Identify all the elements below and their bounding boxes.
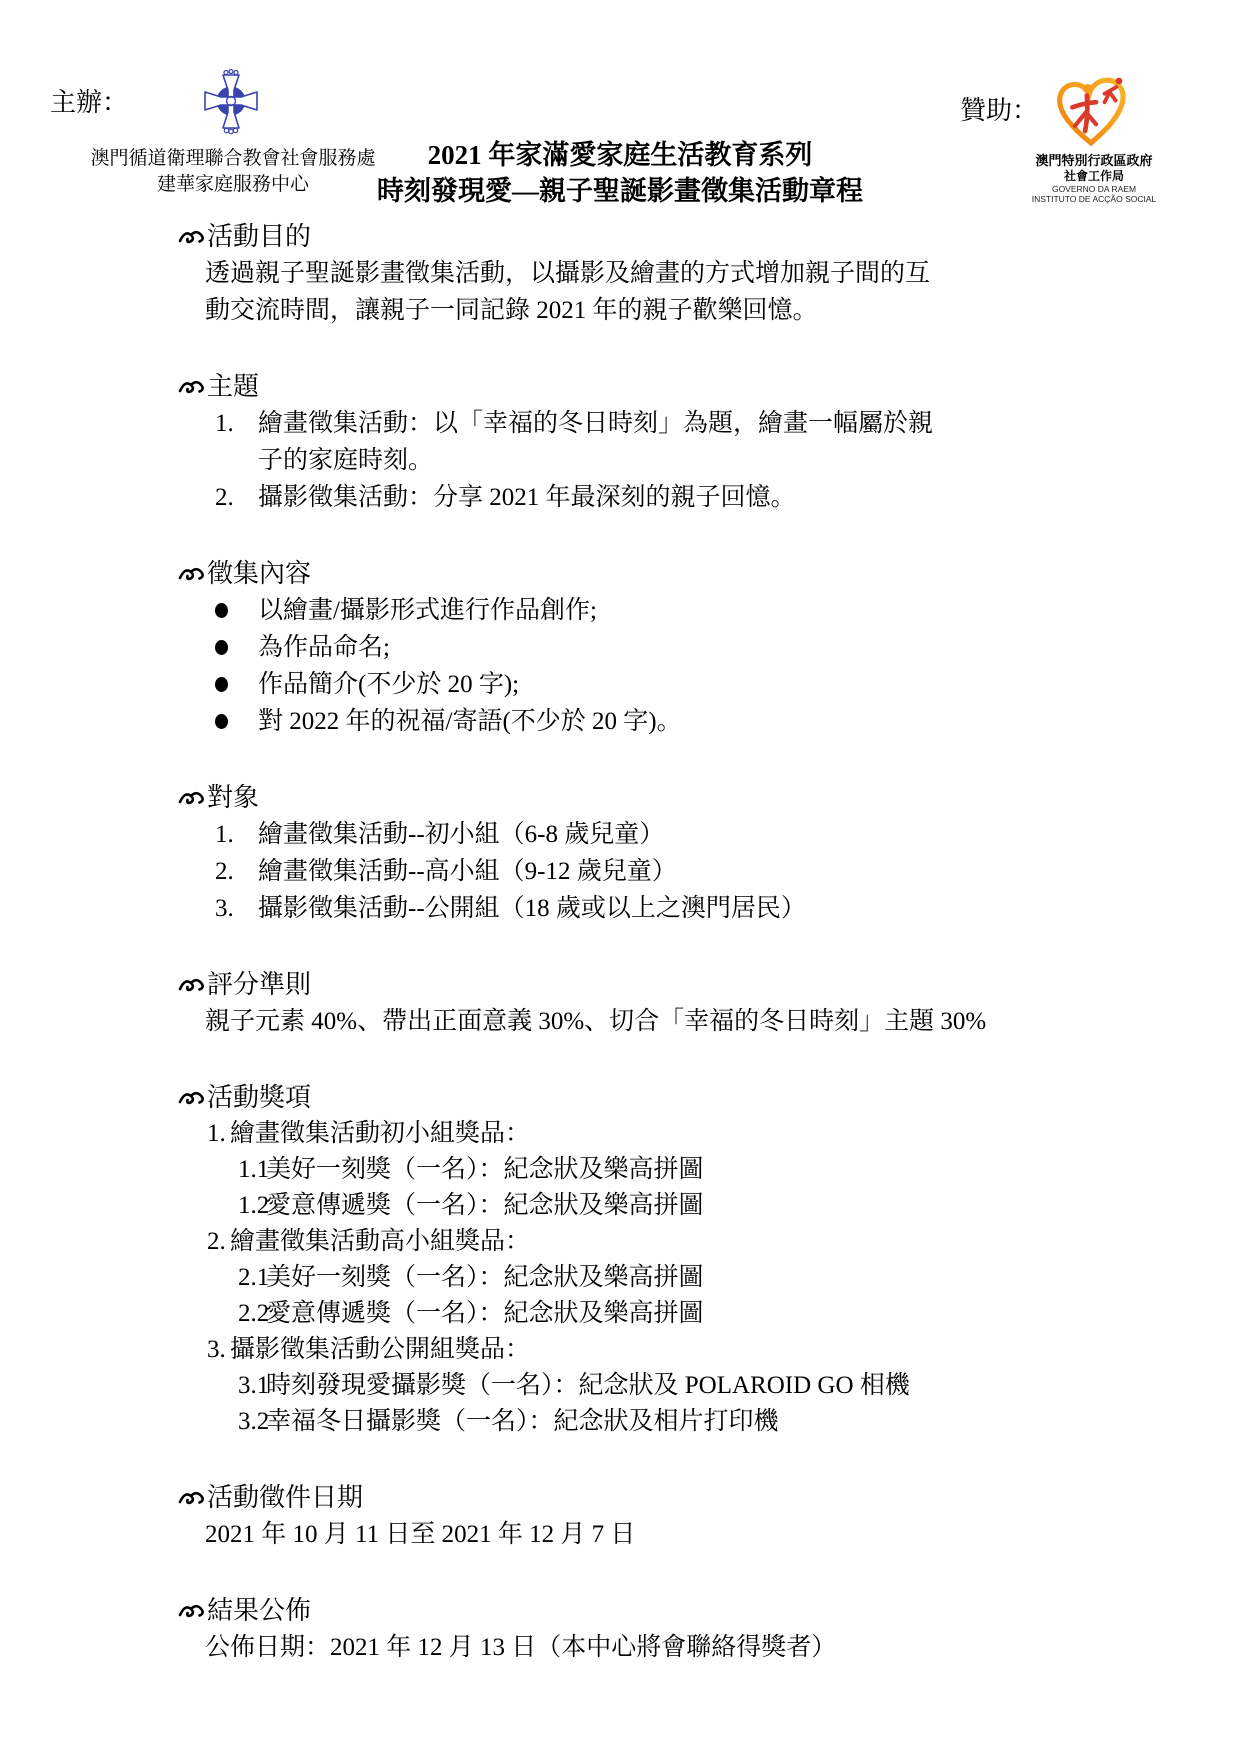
heart-figure-logo-icon (1045, 70, 1137, 153)
item-number: 1. (215, 816, 258, 853)
subitem-number: 2.2 (238, 1296, 266, 1332)
award-subitem: 1.2 愛意傳遞獎（一名）：紀念狀及樂高拼圖 (238, 1188, 1240, 1224)
section-ornament-icon (178, 378, 207, 396)
list-item: 以繪畫/攝影形式進行作品創作; (178, 592, 1240, 629)
subitem-text: 美好一刻獎（一名）：紀念狀及樂高拼圖 (266, 1260, 704, 1296)
section-activity-purpose: 活動目的 透過親子聖誕影畫徵集活動，以攝影及繪畫的方式增加親子間的互動交流時間，… (178, 218, 1240, 329)
sponsor-label: 贊助： (960, 90, 1038, 127)
section-awards: 活動獎項 1. 繪畫徵集活動初小組獎品： 1.1 美好一刻獎（一名）：紀念狀及樂… (178, 1079, 1240, 1440)
section-submission-dates: 活動徵件日期 2021 年 10 月 11 日至 2021 年 12 月 7 日 (178, 1479, 1240, 1553)
section-heading: 評分準則 (207, 966, 311, 1003)
item-text: 為作品命名; (258, 629, 390, 666)
award-subitem: 2.1 美好一刻獎（一名）：紀念狀及樂高拼圖 (238, 1260, 1240, 1296)
section-heading: 結果公佈 (207, 1592, 311, 1629)
award-group: 1. 繪畫徵集活動初小組獎品： 1.1 美好一刻獎（一名）：紀念狀及樂高拼圖 1… (178, 1116, 1240, 1224)
item-text: 作品簡介(不少於 20 字); (258, 666, 519, 703)
section-target-groups: 對象 1. 繪畫徵集活動--初小組（6-8 歲兒童） 2. 繪畫徵集活動--高小… (178, 779, 1240, 927)
list-item: 2. 攝影徵集活動：分享 2021 年最深刻的親子回憶。 (178, 479, 1240, 516)
methodist-cross-logo-icon (200, 62, 262, 147)
bullet-dot-icon (215, 640, 228, 655)
item-number: 2. (215, 853, 258, 890)
list-item: 作品簡介(不少於 20 字); (178, 666, 1240, 703)
section-submission-content: 徵集內容 以繪畫/攝影形式進行作品創作; 為作品命名; 作品簡介(不少於 20 … (178, 555, 1240, 740)
item-text: 對 2022 年的祝福/寄語(不少於 20 字)。 (258, 703, 682, 740)
item-text: 攝影徵集活動--公開組（18 歲或以上之澳門居民） (258, 890, 940, 927)
section-ornament-icon (178, 1089, 207, 1107)
group-number: 1. (207, 1116, 230, 1152)
section-paragraph: 2021 年 10 月 11 日至 2021 年 12 月 7 日 (205, 1516, 1240, 1553)
group-title: 攝影徵集活動公開組獎品： (230, 1332, 530, 1368)
item-number: 2. (215, 479, 258, 516)
subitem-number: 2.1 (238, 1260, 266, 1296)
subitem-number: 3.1 (238, 1368, 266, 1404)
award-group: 3. 攝影徵集活動公開組獎品： 3.1 時刻發現愛攝影獎（一名）：紀念狀及 PO… (178, 1332, 1240, 1440)
award-subitem: 1.1 美好一刻獎（一名）：紀念狀及樂高拼圖 (238, 1152, 1240, 1188)
section-ornament-icon (178, 1489, 207, 1507)
section-heading: 對象 (207, 779, 259, 816)
section-ornament-icon (178, 1602, 207, 1620)
section-ornament-icon (178, 565, 207, 583)
subitem-number: 1.1 (238, 1152, 266, 1188)
subitem-text: 時刻發現愛攝影獎（一名）：紀念狀及 POLAROID GO 相機 (266, 1368, 910, 1404)
subitem-text: 幸福冬日攝影獎（一名）：紀念狀及相片打印機 (266, 1404, 779, 1440)
section-paragraph: 公佈日期：2021 年 12 月 13 日（本中心將會聯絡得獎者） (205, 1629, 1240, 1666)
item-number: 1. (215, 405, 258, 479)
sponsor-name-line4: INSTITUTO DE ACÇÃO SOCIAL (1014, 194, 1174, 204)
document-page: 主辦： 澳門循道衛理聯合教會社會服務處 建華家庭服務中心 (0, 0, 1240, 1754)
bullet-dot-icon (215, 714, 228, 729)
group-number: 2. (207, 1224, 230, 1260)
list-item: 1. 繪畫徵集活動--初小組（6-8 歲兒童） (178, 816, 1240, 853)
section-ornament-icon (178, 976, 207, 994)
sponsor-name: 澳門特別行政區政府 社會工作局 GOVERNO DA RAEM INSTITUT… (1014, 152, 1174, 204)
document-body: 活動目的 透過親子聖誕影畫徵集活動，以攝影及繪畫的方式增加親子間的互動交流時間，… (0, 218, 1240, 1666)
section-heading: 主題 (207, 368, 259, 405)
list-item: 3. 攝影徵集活動--公開組（18 歲或以上之澳門居民） (178, 890, 1240, 927)
section-heading: 活動獎項 (207, 1079, 311, 1116)
award-subitem: 3.2 幸福冬日攝影獎（一名）：紀念狀及相片打印機 (238, 1404, 1240, 1440)
section-heading: 活動目的 (207, 218, 311, 255)
award-group: 2. 繪畫徵集活動高小組獎品： 2.1 美好一刻獎（一名）：紀念狀及樂高拼圖 2… (178, 1224, 1240, 1332)
section-judging-criteria: 評分準則 親子元素 40%、帶出正面意義 30%、切合「幸福的冬日時刻」主題 3… (178, 966, 1240, 1040)
item-text: 繪畫徵集活動：以「幸福的冬日時刻」為題，繪畫一幅屬於親子的家庭時刻。 (258, 405, 940, 479)
item-text: 以繪畫/攝影形式進行作品創作; (258, 592, 597, 629)
section-paragraph: 透過親子聖誕影畫徵集活動，以攝影及繪畫的方式增加親子間的互動交流時間，讓親子一同… (205, 255, 945, 329)
group-number: 3. (207, 1332, 230, 1368)
organizer-label: 主辦： (50, 82, 128, 119)
section-heading: 徵集內容 (207, 555, 311, 592)
subitem-number: 1.2 (238, 1188, 266, 1224)
item-number: 3. (215, 890, 258, 927)
award-subitem: 3.1 時刻發現愛攝影獎（一名）：紀念狀及 POLAROID GO 相機 (238, 1368, 1240, 1404)
group-title: 繪畫徵集活動高小組獎品： (230, 1224, 530, 1260)
award-subitem: 2.2 愛意傳遞獎（一名）：紀念狀及樂高拼圖 (238, 1296, 1240, 1332)
section-paragraph: 親子元素 40%、帶出正面意義 30%、切合「幸福的冬日時刻」主題 30% (205, 1003, 1240, 1040)
list-item: 1. 繪畫徵集活動：以「幸福的冬日時刻」為題，繪畫一幅屬於親子的家庭時刻。 (178, 405, 1240, 479)
item-text: 攝影徵集活動：分享 2021 年最深刻的親子回憶。 (258, 479, 940, 516)
item-text: 繪畫徵集活動--高小組（9-12 歲兒童） (258, 853, 940, 890)
subitem-text: 愛意傳遞獎（一名）：紀念狀及樂高拼圖 (266, 1188, 704, 1224)
group-title: 繪畫徵集活動初小組獎品： (230, 1116, 530, 1152)
bullet-dot-icon (215, 603, 228, 618)
sponsor-name-line3: GOVERNO DA RAEM (1014, 184, 1174, 194)
section-results-announcement: 結果公佈 公佈日期：2021 年 12 月 13 日（本中心將會聯絡得獎者） (178, 1592, 1240, 1666)
section-heading: 活動徵件日期 (207, 1479, 363, 1516)
subitem-text: 愛意傳遞獎（一名）：紀念狀及樂高拼圖 (266, 1296, 704, 1332)
subitem-text: 美好一刻獎（一名）：紀念狀及樂高拼圖 (266, 1152, 704, 1188)
sponsor-name-line2: 社會工作局 (1014, 169, 1174, 184)
sponsor-name-line1: 澳門特別行政區政府 (1014, 152, 1174, 169)
list-item: 對 2022 年的祝福/寄語(不少於 20 字)。 (178, 703, 1240, 740)
list-item: 為作品命名; (178, 629, 1240, 666)
section-ornament-icon (178, 789, 207, 807)
section-ornament-icon (178, 228, 207, 246)
bullet-dot-icon (215, 677, 228, 692)
item-text: 繪畫徵集活動--初小組（6-8 歲兒童） (258, 816, 940, 853)
list-item: 2. 繪畫徵集活動--高小組（9-12 歲兒童） (178, 853, 1240, 890)
section-theme: 主題 1. 繪畫徵集活動：以「幸福的冬日時刻」為題，繪畫一幅屬於親子的家庭時刻。… (178, 368, 1240, 516)
subitem-number: 3.2 (238, 1404, 266, 1440)
document-header: 主辦： 澳門循道衛理聯合教會社會服務處 建華家庭服務中心 (0, 0, 1240, 218)
